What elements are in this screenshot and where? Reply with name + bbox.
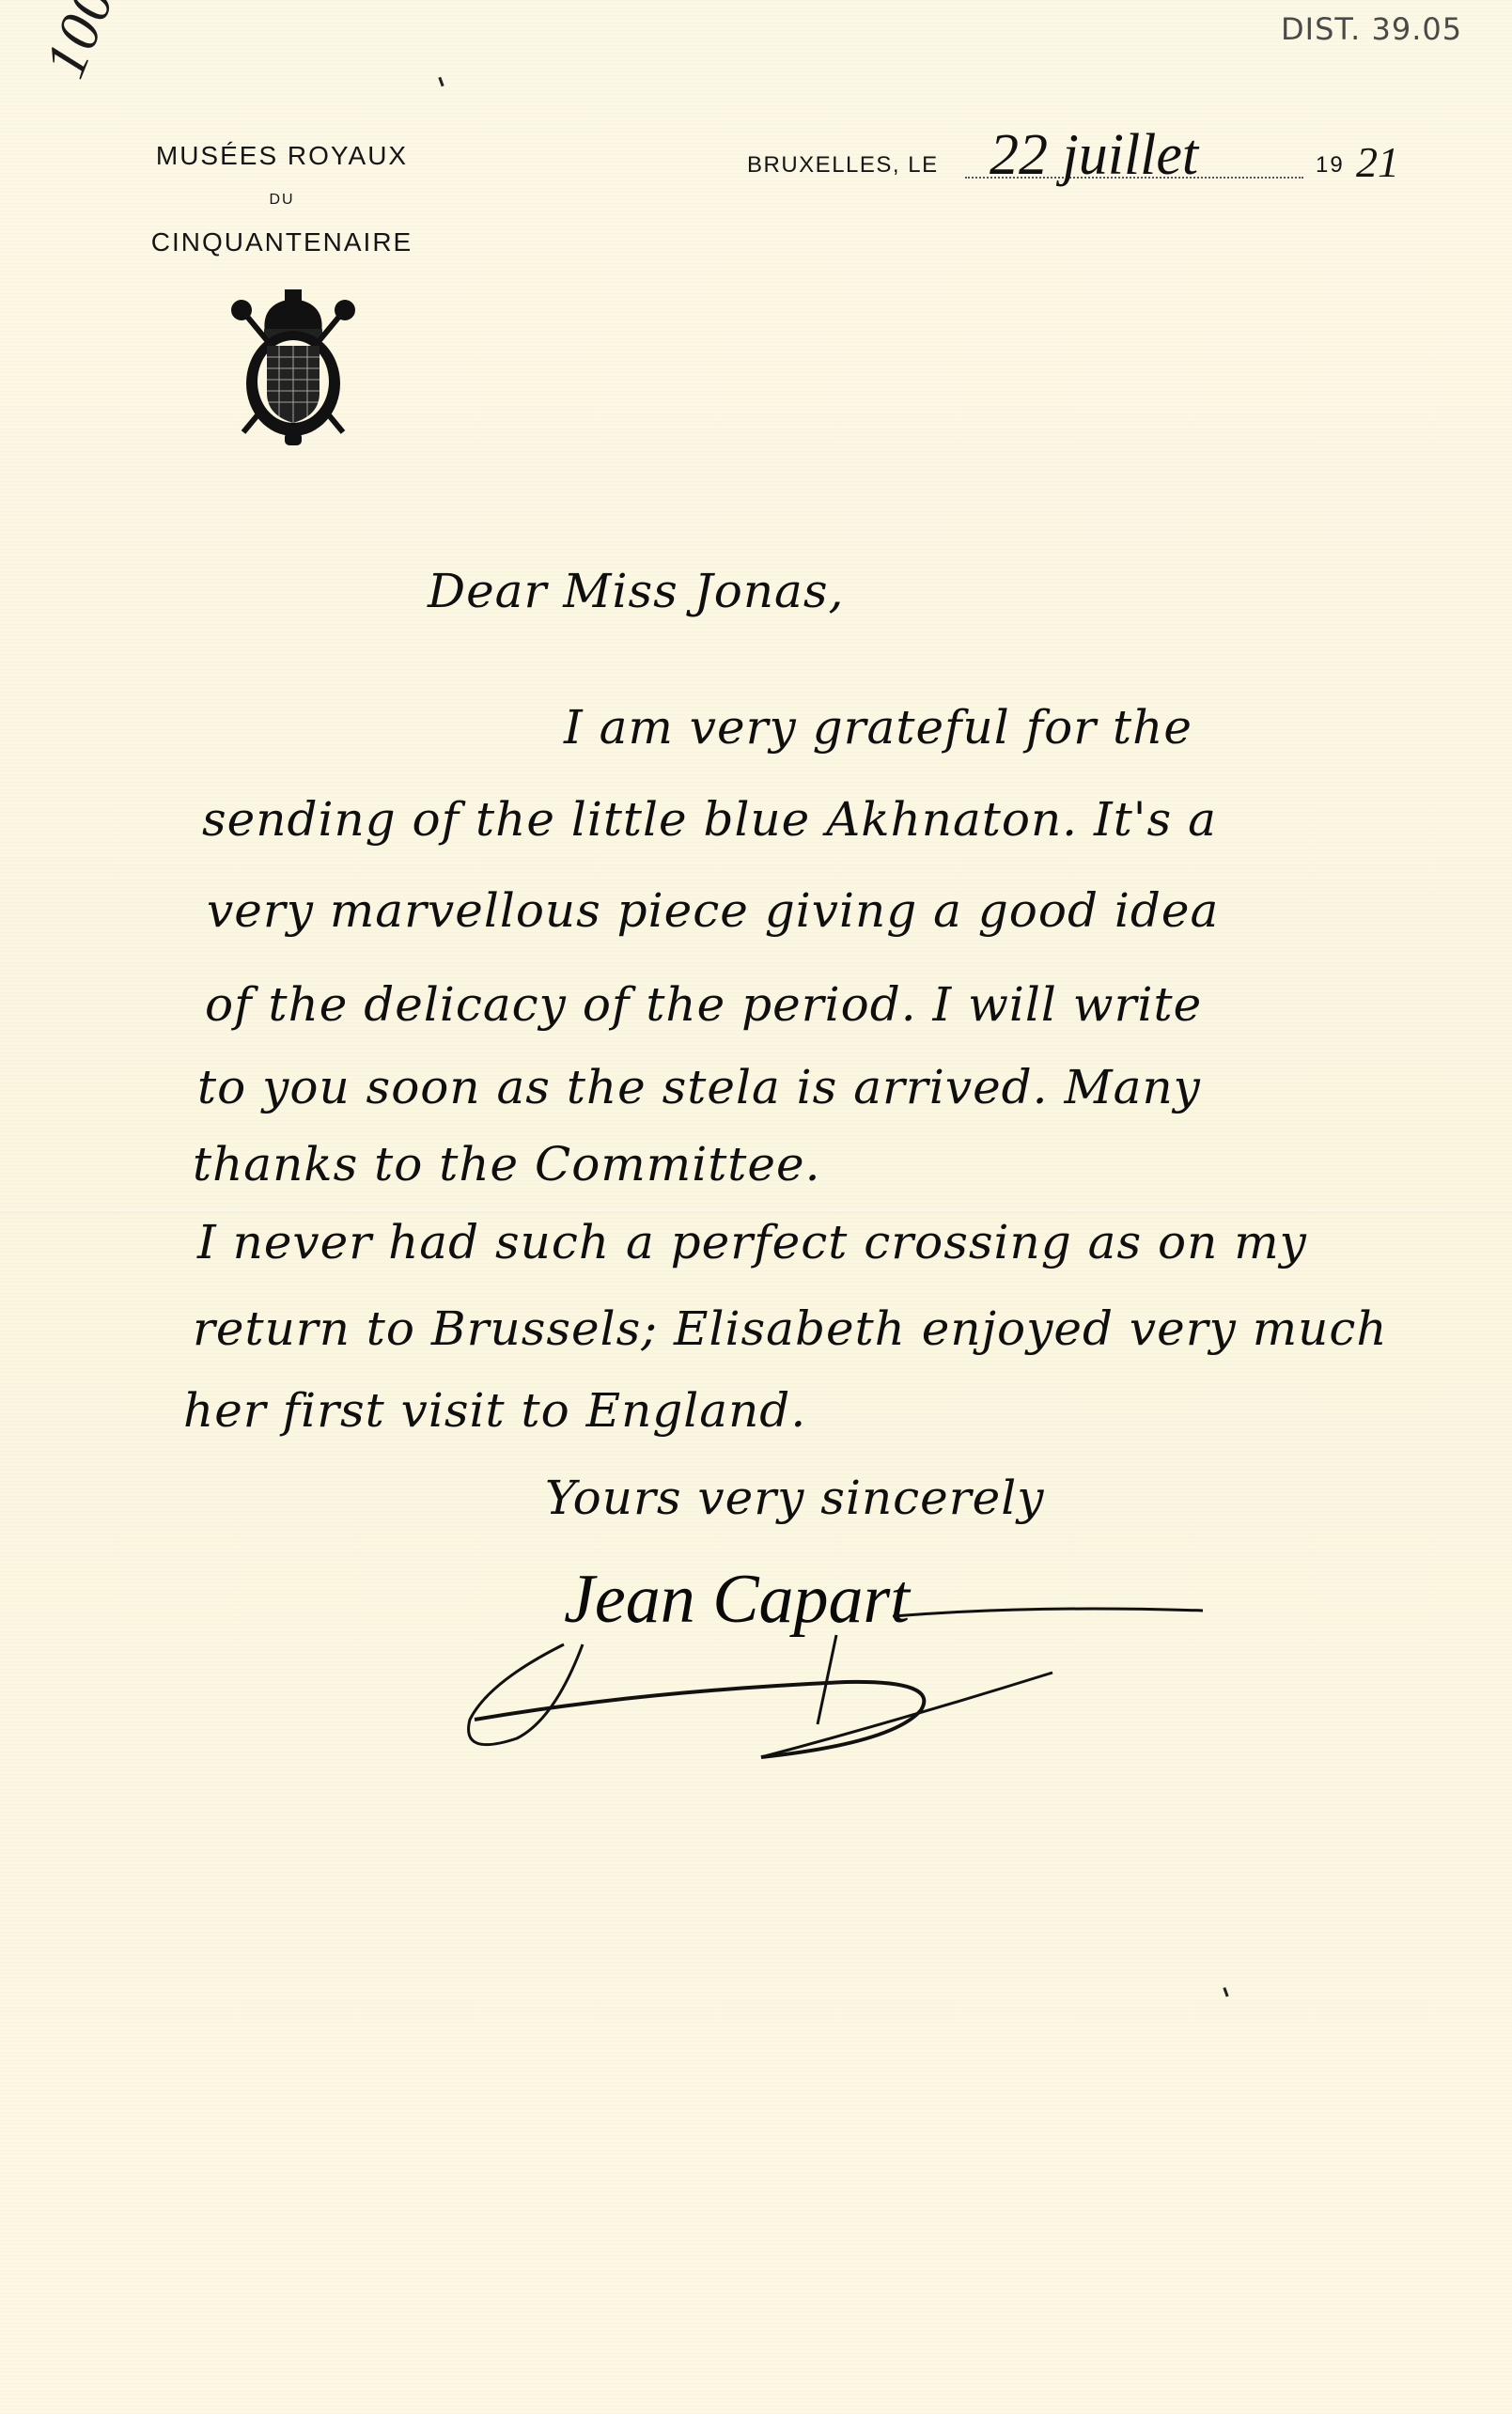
- letterhead: MUSÉES ROYAUX DU CINQUANTENAIRE: [103, 141, 460, 257]
- date-year-handwritten: 21: [1356, 137, 1399, 187]
- signature-flourish: [451, 1579, 1240, 1767]
- date-line: BRUXELLES, LE 22 juillet 19 21: [747, 141, 1461, 226]
- body-line: her first visit to England.: [183, 1383, 806, 1438]
- body-line: sending of the little blue Akhnaton. It'…: [202, 792, 1217, 847]
- date-city-prefix: BRUXELLES, LE: [747, 152, 939, 179]
- reference-stamp: DIST. 39.05: [1281, 11, 1462, 47]
- date-day-month: 22 juillet: [990, 122, 1198, 189]
- letterhead-line-1: MUSÉES ROYAUX: [103, 141, 460, 171]
- body-line: of the delicacy of the period. I will wr…: [205, 977, 1202, 1032]
- royal-crest-icon: [223, 282, 364, 451]
- body-line: I am very grateful for the: [564, 700, 1192, 755]
- letterhead-line-2: DU: [103, 192, 460, 209]
- body-line: I never had such a perfect crossing as o…: [197, 1215, 1307, 1269]
- date-year-printed: 19: [1316, 152, 1345, 179]
- body-line: to you soon as the stela is arrived. Man…: [197, 1060, 1201, 1114]
- closing: Yours very sincerely: [545, 1471, 1044, 1525]
- salutation: Dear Miss Jonas,: [428, 564, 844, 618]
- paper-fold-line: [0, 1210, 1512, 1213]
- letterhead-line-3: CINQUANTENAIRE: [103, 227, 460, 257]
- body-line: thanks to the Committee.: [193, 1137, 820, 1191]
- body-line: very marvellous piece giving a good idea: [207, 883, 1219, 938]
- body-line: return to Brussels; Elisabeth enjoyed ve…: [193, 1301, 1388, 1356]
